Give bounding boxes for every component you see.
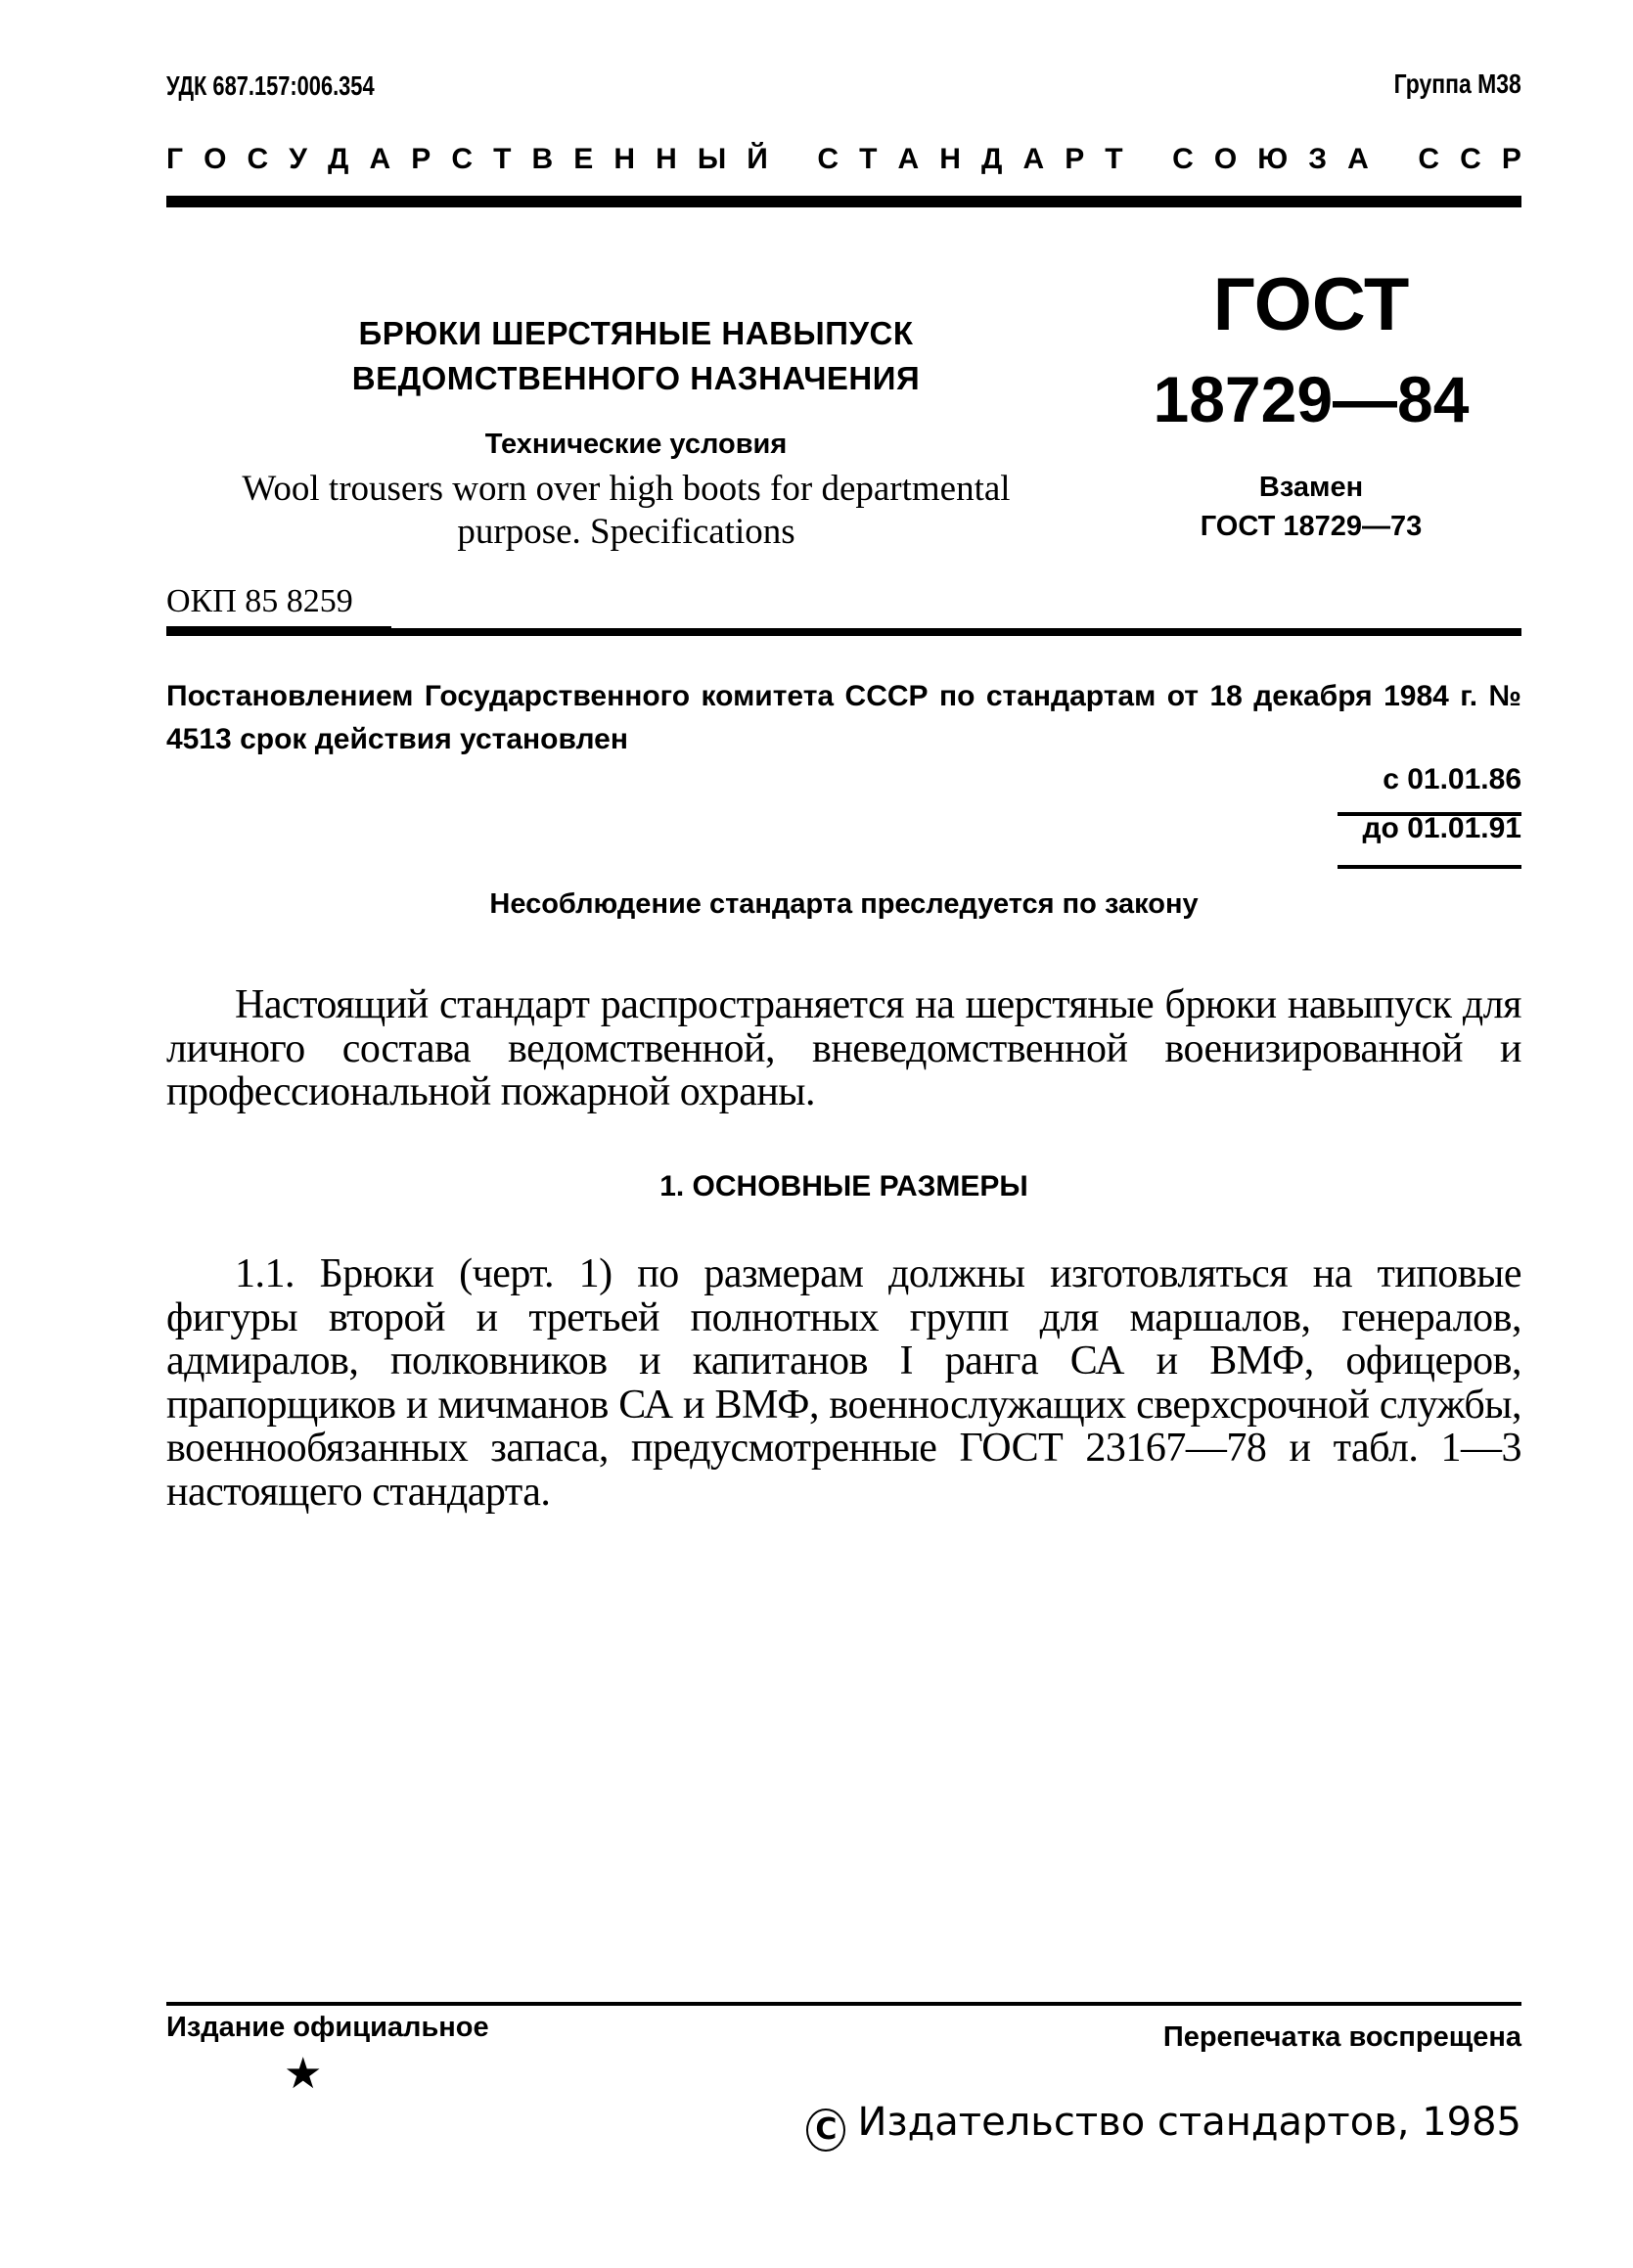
banner-letter: О xyxy=(204,143,226,176)
banner-letter: Ы xyxy=(698,143,726,176)
legal-notice: Несоблюдение стандарта преследуется по з… xyxy=(166,888,1521,921)
banner-letter: Т xyxy=(859,143,877,176)
banner-letter: С xyxy=(451,143,473,176)
banner-letter: Т xyxy=(493,143,511,176)
gost-number: 18729—84 xyxy=(1115,364,1507,434)
title-line-1: БРЮКИ ШЕРСТЯНЫЕ НАВЫПУСК xyxy=(323,311,949,356)
valid-from: с 01.01.86 xyxy=(1383,763,1521,796)
decree-text: Постановлением Государственного комитета… xyxy=(166,675,1521,761)
banner-letter: З xyxy=(1308,143,1327,176)
banner-letter: С xyxy=(1418,143,1439,176)
banner-letter: Д xyxy=(981,143,1002,176)
banner-letter: Р xyxy=(1065,143,1084,176)
copyright-icon: C xyxy=(806,2109,845,2152)
header-rule xyxy=(166,196,1521,207)
banner-letter: С xyxy=(1172,143,1194,176)
banner-letter: А xyxy=(1022,143,1044,176)
banner-letter: С xyxy=(248,143,269,176)
gost-block: ГОСТ 18729—84 Взамен ГОСТ 18729—73 xyxy=(1115,266,1507,548)
reprint-notice: Перепечатка воспрещена xyxy=(1163,2021,1521,2054)
banner-letter: Ю xyxy=(1257,143,1288,176)
banner-letter: Е xyxy=(573,143,593,176)
banner-letter: Г xyxy=(166,143,183,176)
replaces-number: ГОСТ 18729—73 xyxy=(1115,505,1507,548)
banner-gap xyxy=(789,143,796,176)
banner-letter: О xyxy=(1214,143,1237,176)
banner-letter: Н xyxy=(613,143,635,176)
banner-letter: С xyxy=(1460,143,1481,176)
copyright-line: CИздательство стандартов, 1985 xyxy=(806,2100,1521,2152)
english-title: Wool trousers worn over high boots for d… xyxy=(176,468,1076,554)
valid-to: до 01.01.91 xyxy=(1363,812,1521,845)
title-bottom-rule xyxy=(166,628,1521,636)
banner-letter: А xyxy=(897,143,919,176)
banner-letter: С xyxy=(817,143,839,176)
banner-letter: А xyxy=(369,143,390,176)
udk-code: УДК 687.157:006.354 xyxy=(166,70,375,102)
edition-label: Издание официальное xyxy=(166,2012,489,2044)
banner-letter: Т xyxy=(1105,143,1122,176)
clause-1-1: 1.1. Брюки (черт. 1) по размерам должны … xyxy=(166,1252,1521,1514)
gost-label: ГОСТ xyxy=(1115,266,1507,344)
state-standard-banner: ГОСУДАРСТВЕННЫЙ СТАНДАРТ СОЮЗА ССР xyxy=(166,143,1521,176)
okp-code: ОКП 85 8259 xyxy=(166,583,353,620)
banner-gap xyxy=(1144,143,1152,176)
banner-letter: Н xyxy=(656,143,677,176)
validity-rule-bottom xyxy=(1338,865,1521,869)
group-code: Группа М38 xyxy=(1394,68,1521,100)
copyright-text: Издательство стандартов, 1985 xyxy=(857,2100,1521,2145)
intro-paragraph: Настоящий стандарт распространяется на ш… xyxy=(166,983,1521,1114)
banner-letter: А xyxy=(1347,143,1369,176)
star-icon: ★ xyxy=(284,2053,322,2096)
banner-letter: Д xyxy=(328,143,348,176)
banner-letter: Р xyxy=(1502,143,1521,176)
banner-letter: Н xyxy=(939,143,961,176)
title-line-2: ВЕДОМСТВЕННОГО НАЗНАЧЕНИЯ xyxy=(323,356,949,401)
banner-gap xyxy=(1389,143,1397,176)
section-heading: 1. ОСНОВНЫЕ РАЗМЕРЫ xyxy=(166,1170,1521,1203)
footer-rule xyxy=(166,2002,1521,2006)
replaces-label: Взамен xyxy=(1115,470,1507,505)
banner-letter: Й xyxy=(747,143,768,176)
title-block: БРЮКИ ШЕРСТЯНЫЕ НАВЫПУСК ВЕДОМСТВЕННОГО … xyxy=(323,311,949,462)
banner-letter: У xyxy=(289,143,307,176)
banner-letter: В xyxy=(531,143,553,176)
banner-letter: Р xyxy=(411,143,431,176)
subtitle: Технические условия xyxy=(323,427,949,462)
